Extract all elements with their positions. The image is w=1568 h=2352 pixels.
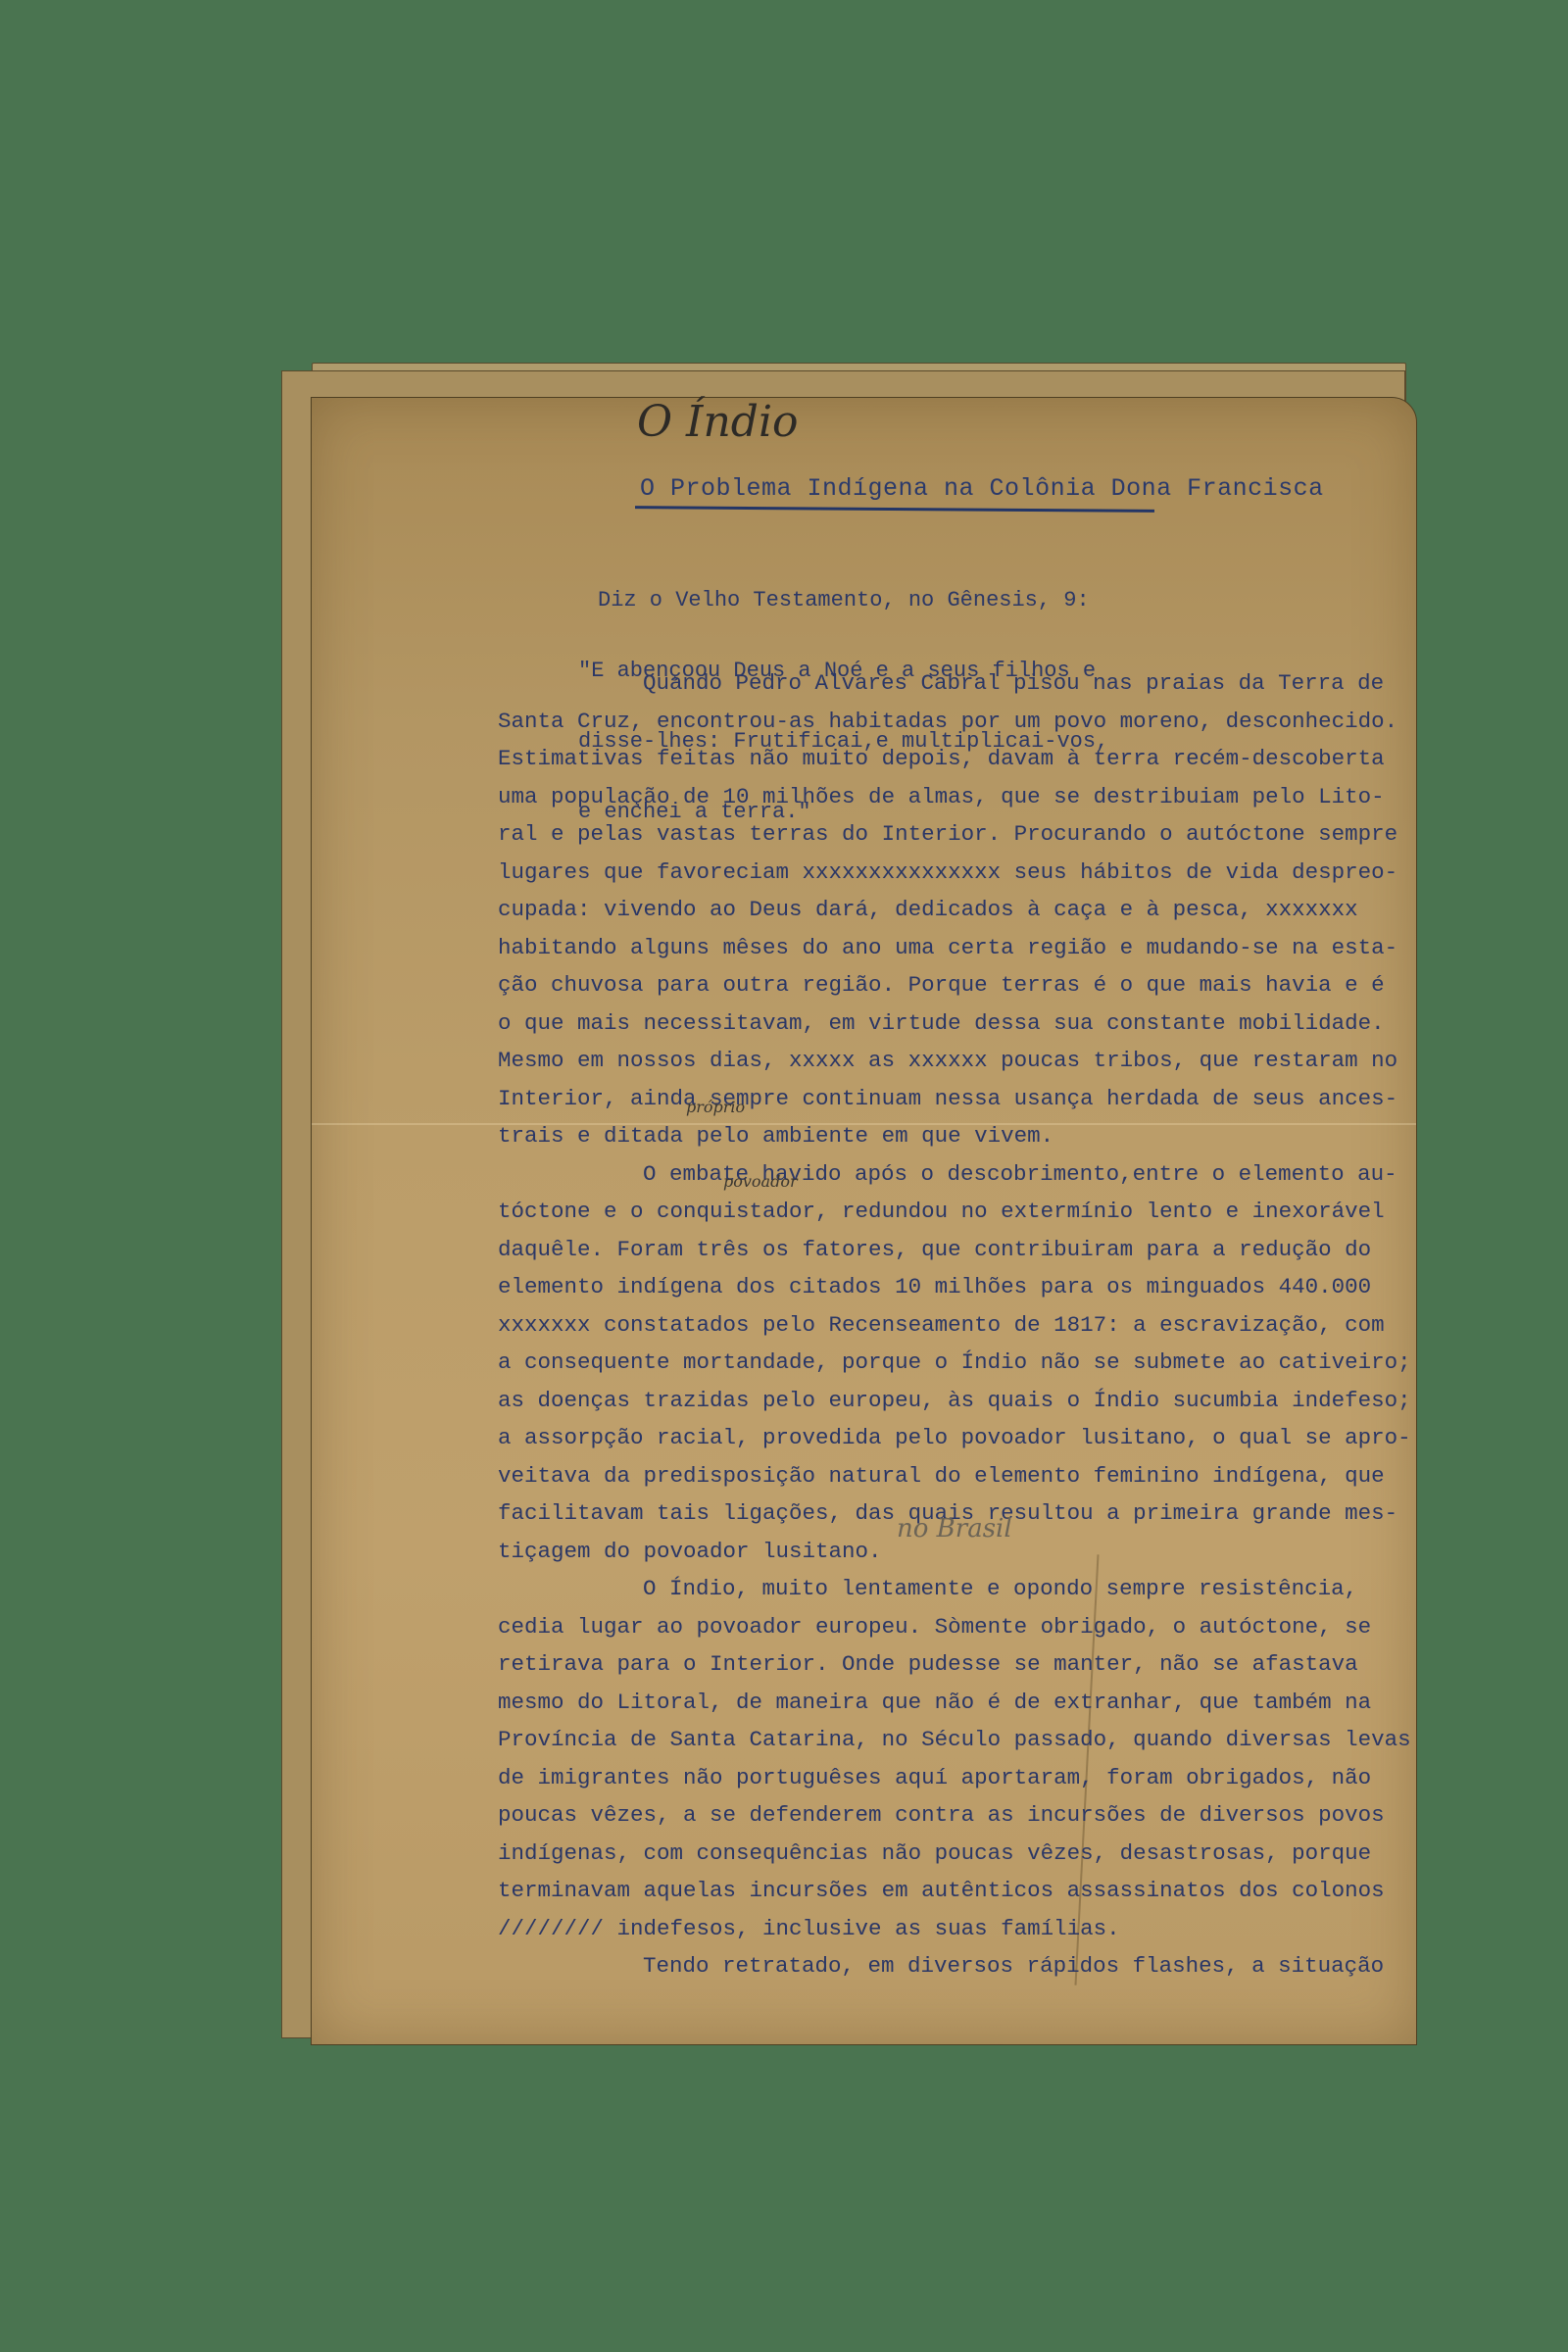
text-line: ção chuvosa para outra região. Porque te… bbox=[498, 966, 1409, 1004]
pencil-annotation: no Brasil bbox=[897, 1514, 1012, 1543]
text-line: elemento indígena dos citados 10 milhões… bbox=[498, 1268, 1409, 1306]
text-line: o que mais necessitavam, em virtude dess… bbox=[498, 1004, 1409, 1043]
text-line: //////// indefesos, inclusive as suas fa… bbox=[498, 1910, 1409, 1948]
handwritten-correction: próprio bbox=[686, 1098, 745, 1116]
text-line: tóctone e o conquistador, redundou no ex… bbox=[498, 1193, 1409, 1231]
epigraph-line: Diz o Velho Testamento, no Gênesis, 9: bbox=[578, 589, 1323, 612]
text-line: uma população de 10 milhões de almas, qu… bbox=[498, 778, 1409, 816]
text-line: poucas vêzes, a se defenderem contra as … bbox=[498, 1796, 1409, 1835]
text-line: ral e pelas vastas terras do Interior. P… bbox=[498, 815, 1409, 854]
text-line: Estimativas feitas não muito depois, dav… bbox=[498, 740, 1409, 778]
text-line: trais e ditada pelo ambiente em que vive… bbox=[498, 1117, 1409, 1155]
text-line: mesmo do Litoral, de maneira que não é d… bbox=[498, 1684, 1409, 1722]
text-line: xxxxxxx constatados pelo Recenseamento d… bbox=[498, 1306, 1409, 1345]
text-line: Quando Pedro Alvares Cabral pisou nas pr… bbox=[498, 664, 1409, 703]
text-line: O Índio, muito lentamente e opondo sempr… bbox=[498, 1570, 1409, 1608]
text-line: Interior, ainda sempre continuam nessa u… bbox=[498, 1080, 1409, 1118]
text-line: lugares que favoreciam xxxxxxxxxxxxxxx s… bbox=[498, 854, 1409, 892]
text-line: as doenças trazidas pelo europeu, às qua… bbox=[498, 1382, 1409, 1420]
text-line: de imigrantes não portuguêses aquí aport… bbox=[498, 1759, 1409, 1797]
text-line: daquêle. Foram três os fatores, que cont… bbox=[498, 1231, 1409, 1269]
text-line: indígenas, com consequências não poucas … bbox=[498, 1835, 1409, 1873]
text-line: O embate havido após o descobrimento,ent… bbox=[498, 1155, 1409, 1194]
text-line: Província de Santa Catarina, no Século p… bbox=[498, 1721, 1409, 1759]
text-line: cedia lugar ao povoador europeu. Sòmente… bbox=[498, 1608, 1409, 1646]
text-line: Mesmo em nossos dias, xxxxx as xxxxxx po… bbox=[498, 1042, 1409, 1080]
text-line: a consequente mortandade, porque o Índio… bbox=[498, 1344, 1409, 1382]
text-line: Tendo retratado, em diversos rápidos fla… bbox=[498, 1947, 1409, 1985]
text-line: Santa Cruz, encontrou-as habitadas por u… bbox=[498, 703, 1409, 741]
body-text: Quando Pedro Alvares Cabral pisou nas pr… bbox=[498, 664, 1409, 1985]
text-line: a assorpção racial, provedida pelo povoa… bbox=[498, 1419, 1409, 1457]
paragraph-2: O embate havido após o descobrimento,ent… bbox=[498, 1155, 1409, 1571]
text-line: retirava para o Interior. Onde pudesse s… bbox=[498, 1645, 1409, 1684]
text-line: cupada: vivendo ao Deus dará, dedicados … bbox=[498, 891, 1409, 929]
text-line: terminavam aquelas incursões em autêntic… bbox=[498, 1872, 1409, 1910]
text-line: veitava da predisposição natural do elem… bbox=[498, 1457, 1409, 1495]
paragraph-1: Quando Pedro Alvares Cabral pisou nas pr… bbox=[498, 664, 1409, 1155]
handwritten-correction: povoador bbox=[723, 1172, 798, 1191]
paragraph-4: Tendo retratado, em diversos rápidos fla… bbox=[498, 1947, 1409, 1985]
handwritten-heading: O Índio bbox=[637, 397, 799, 447]
text-line: habitando alguns mêses do ano uma certa … bbox=[498, 929, 1409, 967]
document-title: O Problema Indígena na Colônia Dona Fran… bbox=[640, 474, 1324, 503]
paragraph-3: O Índio, muito lentamente e opondo sempr… bbox=[498, 1570, 1409, 1947]
